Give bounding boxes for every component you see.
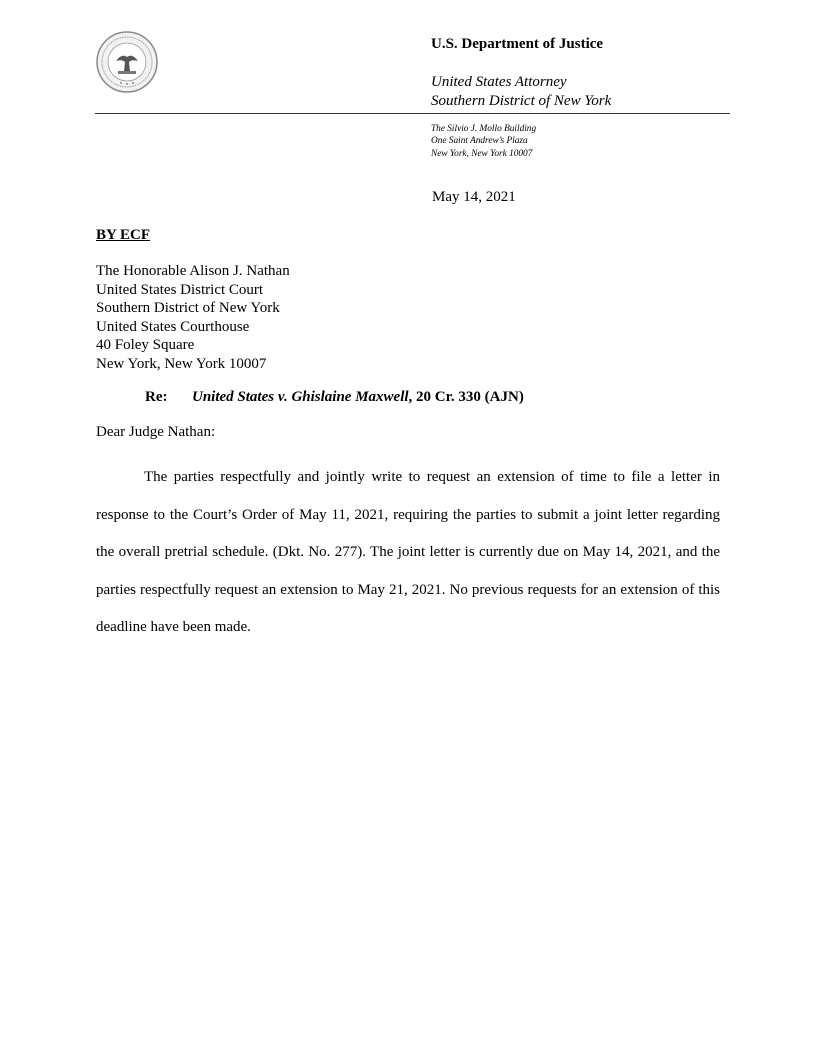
letterhead-divider <box>95 113 730 114</box>
case-name: United States v. Ghislaine Maxwell <box>192 389 409 405</box>
recipient-line: 40 Foley Square <box>96 336 290 355</box>
re-label: Re: <box>145 389 192 406</box>
doj-seal-icon <box>96 31 158 93</box>
salutation: Dear Judge Nathan: <box>96 424 215 441</box>
office-address: The Silvio J. Mollo Building One Saint A… <box>431 123 536 160</box>
delivery-method: BY ECF <box>96 227 150 244</box>
case-number: , 20 Cr. 330 (AJN) <box>409 389 524 405</box>
letter-date: May 14, 2021 <box>432 189 516 206</box>
office-district: Southern District of New York <box>431 92 611 111</box>
recipient-line: Southern District of New York <box>96 299 290 318</box>
department-name: U.S. Department of Justice <box>431 36 603 53</box>
address-line: One Saint Andrew’s Plaza <box>431 135 536 147</box>
body-paragraph: The parties respectfully and jointly wri… <box>96 459 720 647</box>
address-line: New York, New York 10007 <box>431 148 536 160</box>
office-title: United States Attorney <box>431 73 611 92</box>
recipient-line: New York, New York 10007 <box>96 355 290 374</box>
recipient-line: United States District Court <box>96 281 290 300</box>
re-line: Re:United States v. Ghislaine Maxwell, 2… <box>145 389 524 406</box>
address-line: The Silvio J. Mollo Building <box>431 123 536 135</box>
recipient-line: United States Courthouse <box>96 318 290 337</box>
office-block: United States Attorney Southern District… <box>431 73 611 111</box>
recipient-address: The Honorable Alison J. Nathan United St… <box>96 262 290 373</box>
recipient-line: The Honorable Alison J. Nathan <box>96 262 290 281</box>
